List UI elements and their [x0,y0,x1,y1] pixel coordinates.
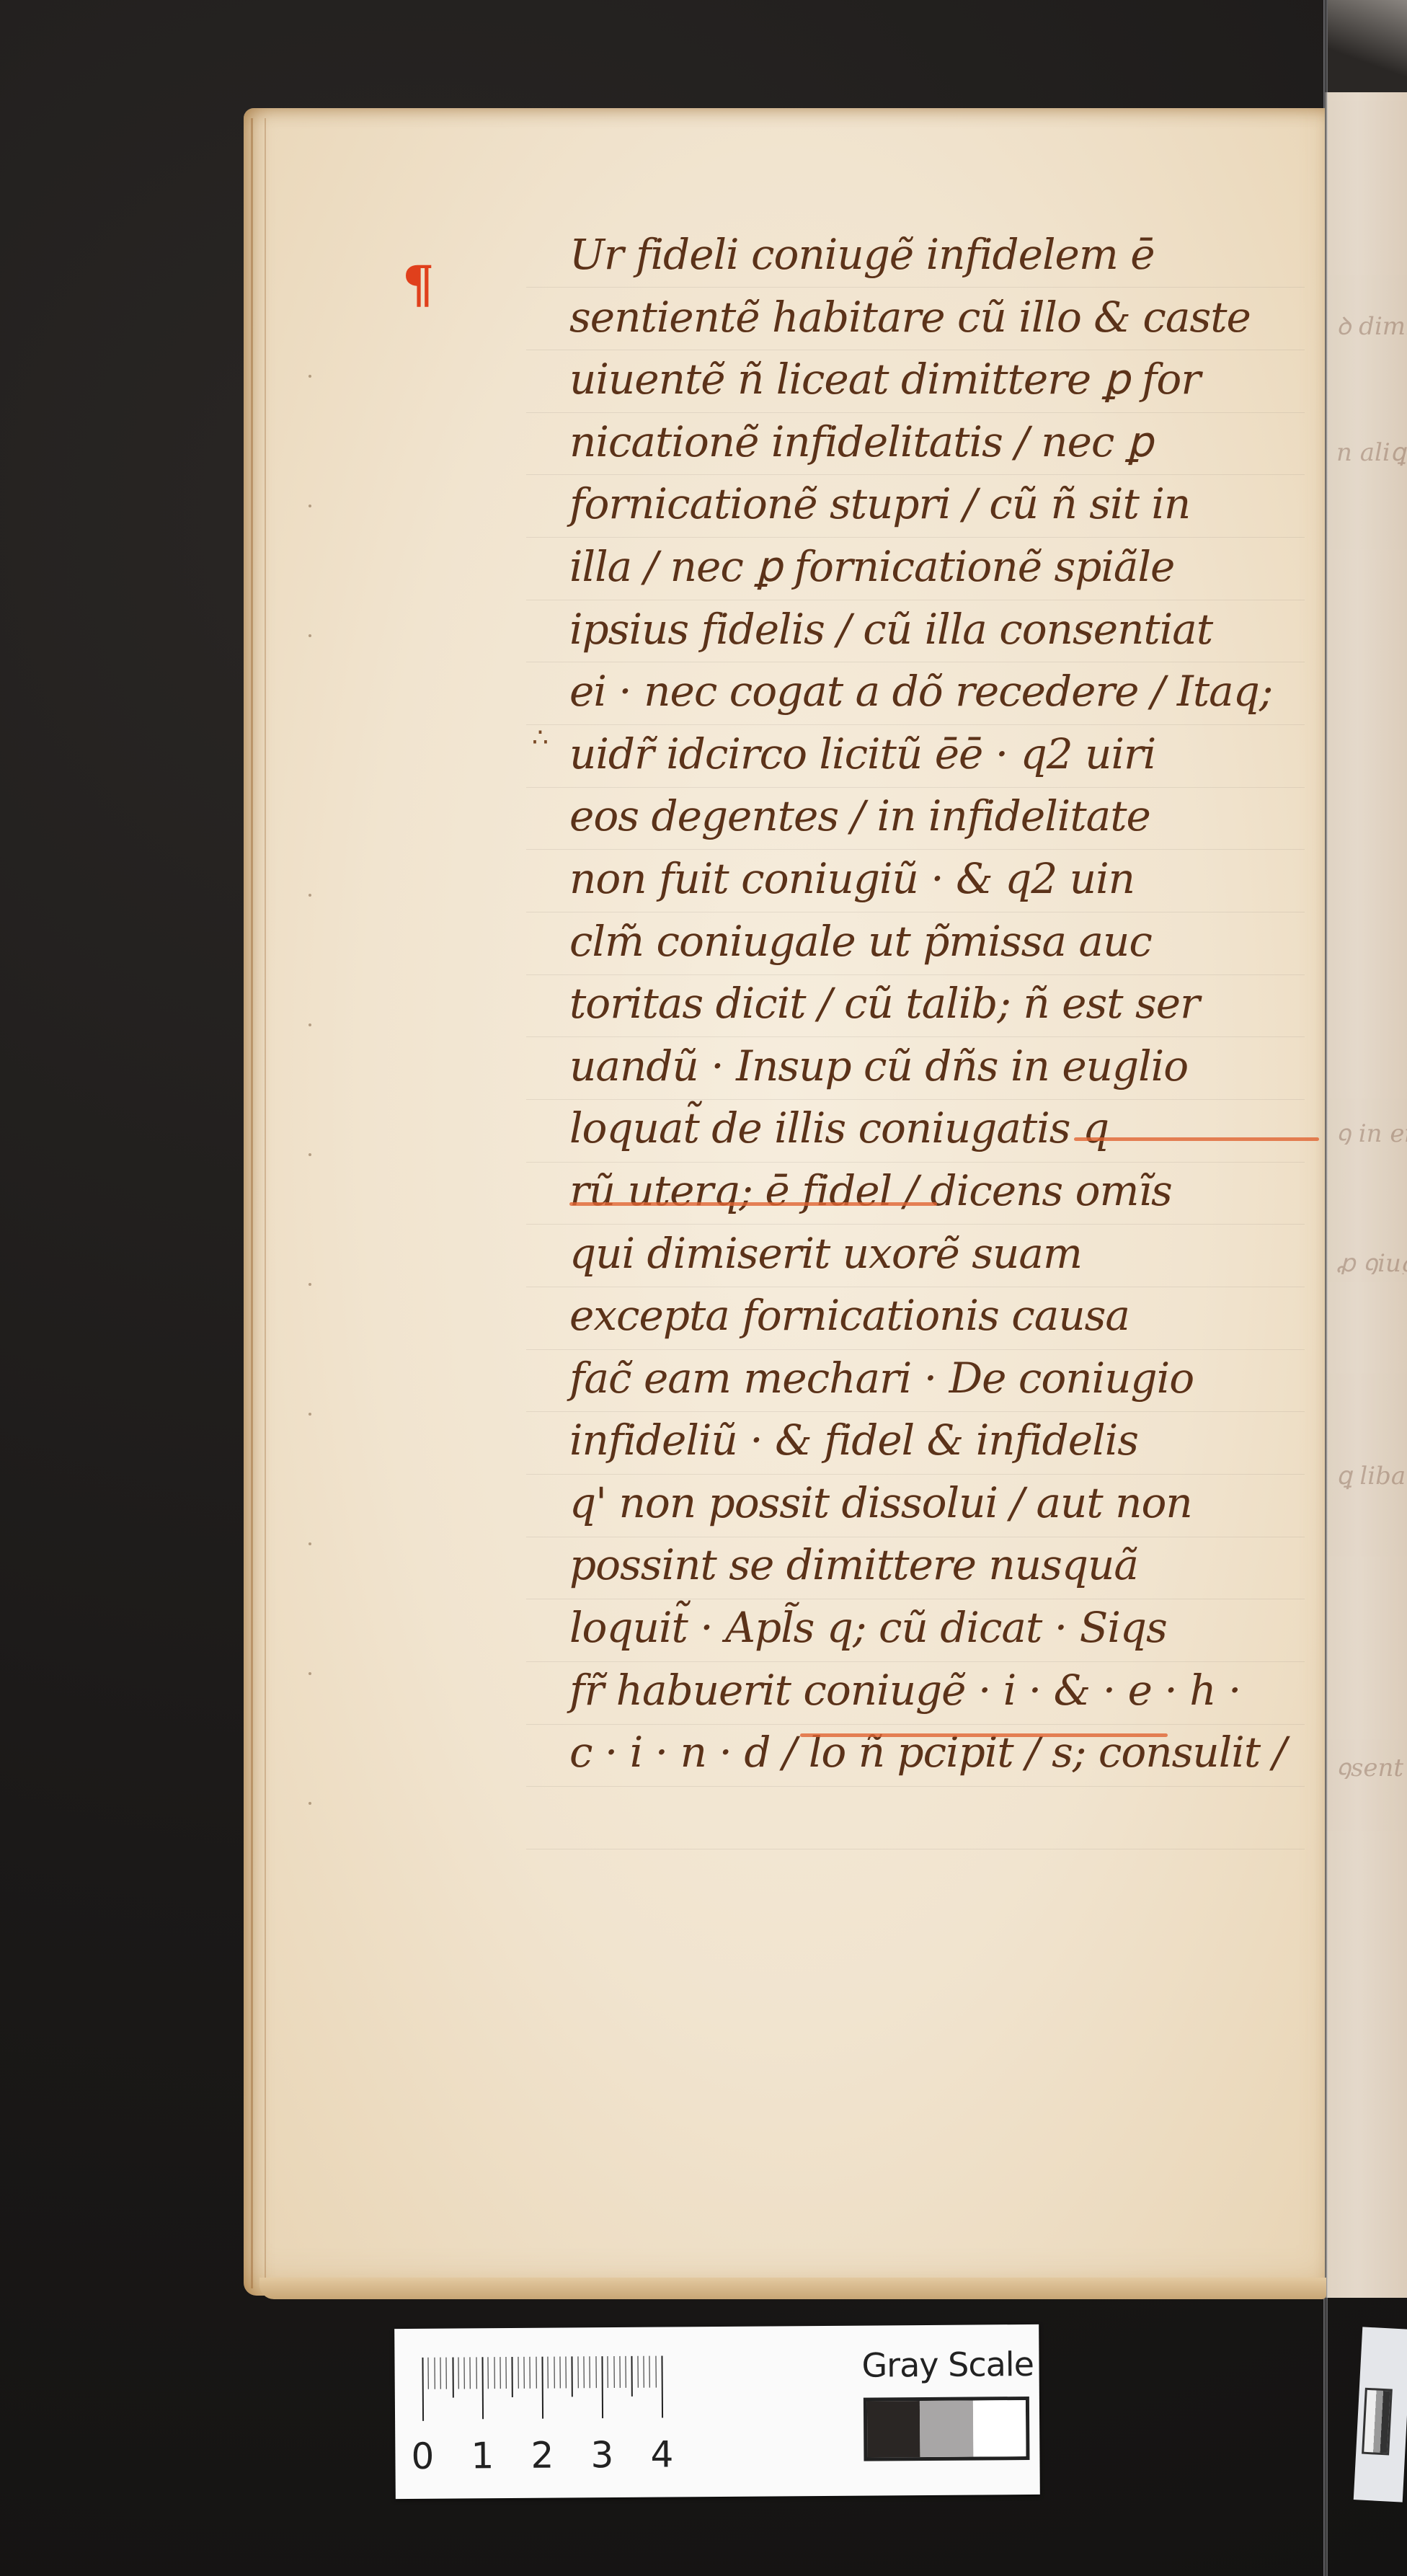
text-line: possint se dimittere nusquã [569,1534,1319,1596]
rubric-underline [569,1202,937,1206]
text-line: c · i · n · d / lo ñ pcipit / s; consuli… [569,1721,1319,1784]
ruler-minor-tick [470,2357,471,2389]
ruling-line [526,1786,1305,1787]
ruler-minor-tick [530,2357,531,2389]
bleed-through-text: ꝺ dimitt [1336,308,1407,337]
pricking-hole [309,1153,311,1156]
ruler-minor-tick [446,2358,447,2389]
text-line: rũ uterq; ē fidel / dicens omĩs [569,1160,1319,1222]
ruler-minor-tick [613,2356,614,2388]
ruler-tick [541,2357,543,2419]
pricking-hole [309,1802,311,1805]
ruler-minor-tick [506,2357,507,2389]
text-line: loquit̃ · Apl̃s q; cũ dicat · Siqs [569,1596,1319,1659]
text-line: eos degentes / in infidelitate [569,785,1319,848]
facing-page-edge: ꝺ dimitt n aliꝗ ꝯ in ei ꝓ ꝯiug ꝗ libat ꝯ… [1325,92,1407,2298]
pricking-hole [309,505,311,507]
bleed-through-text: ꝯsent [1336,1750,1407,1779]
pricking-hole [309,1413,311,1416]
ruler-minor-tick [559,2357,560,2389]
ruler-minor-tick [595,2356,596,2388]
ruler-minor-tick [649,2356,650,2388]
text-line: fr̃ habuerit coniugẽ · i · & · e · h · [569,1659,1319,1722]
paragraph-mark-icon: ¶ [402,259,435,310]
bleed-through-text: n aliꝗ [1336,438,1407,467]
ruler-minor-tick [488,2357,489,2389]
ruler-tick [511,2357,512,2397]
text-line: qui dimiserit uxorẽ suam [569,1222,1319,1285]
ruler-label: 1 [471,2435,494,2477]
ruler-minor-tick [655,2356,656,2388]
pricking-hole [309,1672,311,1675]
text-line: fornicationẽ stupri / cũ ñ sit in [569,473,1319,536]
bleed-through-text: ꝗ libat [1336,1462,1407,1491]
text-line: clm̃ coniugale ut p̃missa auc [569,910,1319,973]
text-line: excepta fornicationis causa [569,1284,1319,1347]
facing-scale-card [1354,2327,1407,2502]
ruler-minor-tick [440,2358,440,2389]
text-line: loquat̃ de illis coniugatis q [569,1097,1319,1160]
swatch-black [867,2401,920,2458]
pricking-hole [309,1023,311,1026]
text-line: Ur fideli coniugẽ infidelem ē [569,223,1319,286]
text-line: ipsius fidelis / cũ illa consentiat [569,598,1319,661]
ruler-tick [661,2356,663,2418]
ruler-minor-tick [518,2357,518,2389]
ruler-minor-tick [626,2356,626,2388]
text-line: q' non possit dissolui / aut non [569,1472,1319,1535]
swatch-gray [920,2401,973,2458]
gray-scale-title: Gray Scale [861,2345,1034,2385]
ruler-minor-tick [458,2358,458,2389]
text-line: toritas dicit / cũ talib; ñ est ser [569,972,1319,1035]
bleed-through-text: ꝓ ꝯiug [1336,1245,1407,1274]
ruling-line [526,1849,1305,1849]
pricking-hole [309,1283,311,1286]
ruler-minor-tick [500,2357,500,2389]
ruler-label: 0 [411,2435,434,2477]
text-line: infideliũ · & fidel & infidelis [569,1409,1319,1472]
ruler-minor-tick [428,2358,429,2389]
ruler-minor-tick [548,2357,549,2389]
text-line: ei · nec cogat a dõ recedere / Itaq; [569,660,1319,723]
ruler-tick [571,2356,572,2397]
ruler-tick [481,2357,484,2419]
background-corner [1328,0,1407,101]
ruler-tick [422,2358,424,2421]
ruler-minor-tick [619,2356,620,2388]
mini-gray-swatch [1362,2388,1393,2456]
pricking-hole [309,634,311,637]
ruler-minor-tick [434,2358,435,2389]
ruler-label: 3 [590,2434,613,2476]
text-line: uandũ · Insup cũ dñs in euglio [569,1035,1319,1098]
text-line: non fuit coniugiũ · & q2 uin [569,848,1319,910]
ruler-tick [452,2358,453,2398]
bleed-through-text: ꝯ in ei [1336,1116,1407,1145]
gray-scale-swatches [864,2397,1030,2461]
text-line: sentientẽ habitare cũ illo & caste [569,286,1319,349]
ruler-tick [631,2356,632,2397]
ruler-label: 2 [531,2435,554,2477]
rubric-underline [1074,1137,1319,1141]
ruler-minor-tick [524,2357,525,2389]
ruler: 0 1 2 3 4 [409,2354,914,2487]
text-line: uidr̃ idcirco licitũ ēē · q2 uiri [569,723,1319,786]
folio-bottom-edge [259,2278,1326,2299]
main-text-column: Ur fideli coniugẽ infidelem ē sentientẽ … [569,223,1319,1784]
ruler-minor-tick [577,2356,578,2388]
pricking-hole [309,894,311,897]
ruler-minor-tick [536,2357,536,2389]
text-line: uiuentẽ ñ liceat dimittere ꝑ for [569,348,1319,411]
ruler-minor-tick [476,2357,476,2389]
margin-note: ∴ [532,723,549,752]
ruler-minor-tick [464,2357,465,2389]
rubric-underline [800,1733,1168,1737]
ruler-minor-tick [637,2356,638,2388]
text-line: illa / nec ꝑ fornicationẽ spiãle [569,536,1319,598]
pricking-hole [309,375,311,378]
ruler-minor-tick [590,2356,590,2388]
color-scale-card: 0 1 2 3 4 Gray Scale [394,2324,1040,2499]
ruler-tick [601,2356,603,2418]
text-line: nicationẽ infidelitatis / nec ꝑ [569,411,1319,474]
ruler-label: 4 [650,2433,673,2475]
ruler-minor-tick [584,2356,585,2388]
pricking-hole [309,1542,311,1545]
ruler-minor-tick [608,2356,608,2388]
text-line: fac̃ eam mechari · De coniugio [569,1347,1319,1410]
ruler-minor-tick [566,2356,567,2388]
ruler-minor-tick [494,2357,494,2389]
ruler-minor-tick [554,2357,554,2389]
ruler-minor-tick [644,2356,644,2388]
swatch-white [973,2400,1026,2457]
